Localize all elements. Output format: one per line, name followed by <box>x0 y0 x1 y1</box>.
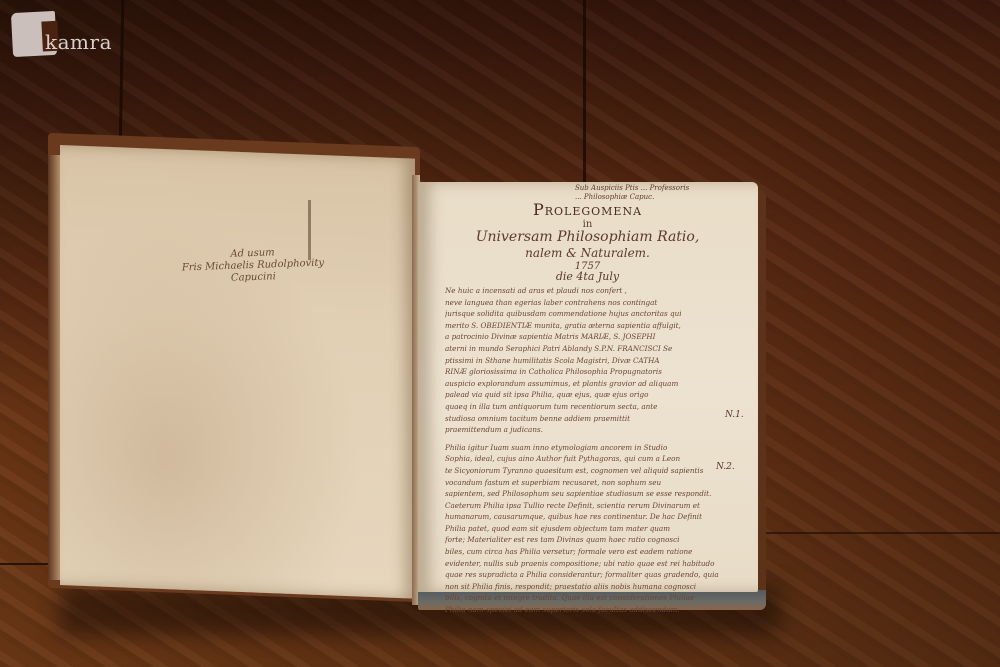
open-manuscript: Ad usum Fris Michaelis Rudolphovity Capu… <box>0 0 1000 667</box>
body-line: quae res supradicta a Philia considerant… <box>445 569 745 581</box>
left-page <box>60 145 415 599</box>
body-line: quaeq in illa tum antiquorum tum recenti… <box>445 401 745 413</box>
body-line: Philia patet, quod eam sit ejusdem objec… <box>445 523 745 535</box>
body-line: biles, cum circa has Philia versetur; fo… <box>445 546 745 558</box>
body-line: humanarum, causarumque, quibus hae res c… <box>445 511 745 523</box>
body-line: bilis, cognita et integre tradita. Quae … <box>445 592 745 604</box>
body-line: non sit Philia finis, respondit; praesta… <box>445 581 745 593</box>
manuscript-date: die 4ta July <box>430 270 745 283</box>
body-line: aterni in mundo Seraphici Patri Ablandy … <box>445 343 745 355</box>
body-line: jurisque solidita quibusdam commendation… <box>445 308 745 320</box>
body-line: ptissimi in Sthane humilitatis Scola Mag… <box>445 355 745 367</box>
manuscript-title: Prolegomena <box>430 200 745 219</box>
manuscript-body: Ne huic a incensati ad aras et plaudi no… <box>445 285 745 616</box>
body-line: merito S. OBEDIENTIÆ munita, gratia æter… <box>445 320 745 332</box>
body-line: auspicio explorandum assumimus, et plant… <box>445 378 745 390</box>
body-line: RINÆ gloriosissima in Catholica Philosop… <box>445 366 745 378</box>
subtitle-line-2: nalem & Naturalem. <box>430 246 745 260</box>
body-line: Caeterum Philia ipsa Tullio recte Defini… <box>445 500 745 512</box>
body-line: vocandum fastum et superbiam recusaret, … <box>445 477 745 489</box>
ownership-inscription: Ad usum Fris Michaelis Rudolphovity Capu… <box>167 245 338 287</box>
body-line: evidenter, nullis sub praenis compositio… <box>445 558 745 570</box>
body-line: te Sicyoniorum Tyranno quaesitum est, co… <box>445 465 745 477</box>
body-line: Philia igitur Iuam suam inno etymologiam… <box>445 442 745 454</box>
margin-note: N.2. <box>716 462 735 472</box>
body-line: Philia nam speciei ad eam superioris sol… <box>445 604 745 616</box>
body-line: praemittendum a judicans. <box>445 424 745 436</box>
subtitle-line-1: Universam Philosophiam Ratio, <box>430 229 745 245</box>
right-cover-edge <box>758 190 766 602</box>
body-line: studiosa omnium tacitum benne addiem pra… <box>445 413 745 425</box>
left-cover-edge <box>48 155 60 580</box>
body-line: forte; Materialiter est res tam Divinas … <box>445 534 745 546</box>
body-line: a patrocinio Divinæ sapientia Matris MAR… <box>445 331 745 343</box>
body-line: sapientem, sed Philosophum seu sapientia… <box>445 488 745 500</box>
margin-note: N.1. <box>725 410 744 420</box>
body-line: Sophia, ideal, cujus aino Author fuit Py… <box>445 453 745 465</box>
owner-note-line: Sub Auspiciis Ptis ... Professoris <box>575 184 725 193</box>
body-line: Ne huic a incensati ad aras et plaudi no… <box>445 285 745 297</box>
body-line: neve languea than egerias laber contrahe… <box>445 297 745 309</box>
body-line: palead via quid sit ipsa Philia, quæ eju… <box>445 389 745 401</box>
